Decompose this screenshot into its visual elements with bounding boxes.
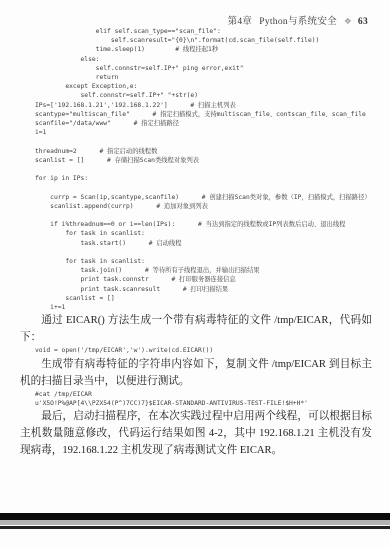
scan-artifact-dark-line (0, 526, 390, 529)
header-ornament-icon: ❖ (344, 17, 352, 27)
code-block-cat-eicar: #cat /tmp/EICAR u'X5O!P%@AP[4\\PZX54(P^)… (35, 390, 390, 408)
code-block-main-scan-loop: IPs=['192.168.1.21','192.168.1.22'] # 扫描… (35, 101, 390, 313)
code-block-eicar-write: void = open('/tmp/EICAR','w').write(cd.E… (35, 346, 390, 355)
paragraph-run-result: 最后，启动扫描程序，在本次实践过程中启用两个线程，可以根据目标主机数量随意修改，… (20, 408, 372, 459)
code-block-scan-class-tail: elif self.scan_type=="scan_file": self.s… (35, 27, 390, 101)
chapter-label: 第4章 (228, 17, 253, 27)
paragraph-copy-test-file: 生成带有病毒特征的字符串内容如下，复制文件 /tmp/EICAR 到目标主机的扫… (20, 356, 372, 390)
scan-artifact-black-band (0, 513, 390, 520)
book-page: 第4章Python与系统安全❖63 elif self.scan_type=="… (0, 0, 390, 546)
chapter-title: Python与系统安全 (259, 17, 337, 27)
paragraph-eicar-intro: 通过 EICAR() 方法生成一个带有病毒特征的文件 /tmp/EICAR，代码… (20, 312, 372, 346)
scan-artifact-gray-band (0, 520, 390, 525)
page-number: 63 (358, 17, 368, 27)
page-header: 第4章Python与系统安全❖63 (0, 0, 390, 27)
